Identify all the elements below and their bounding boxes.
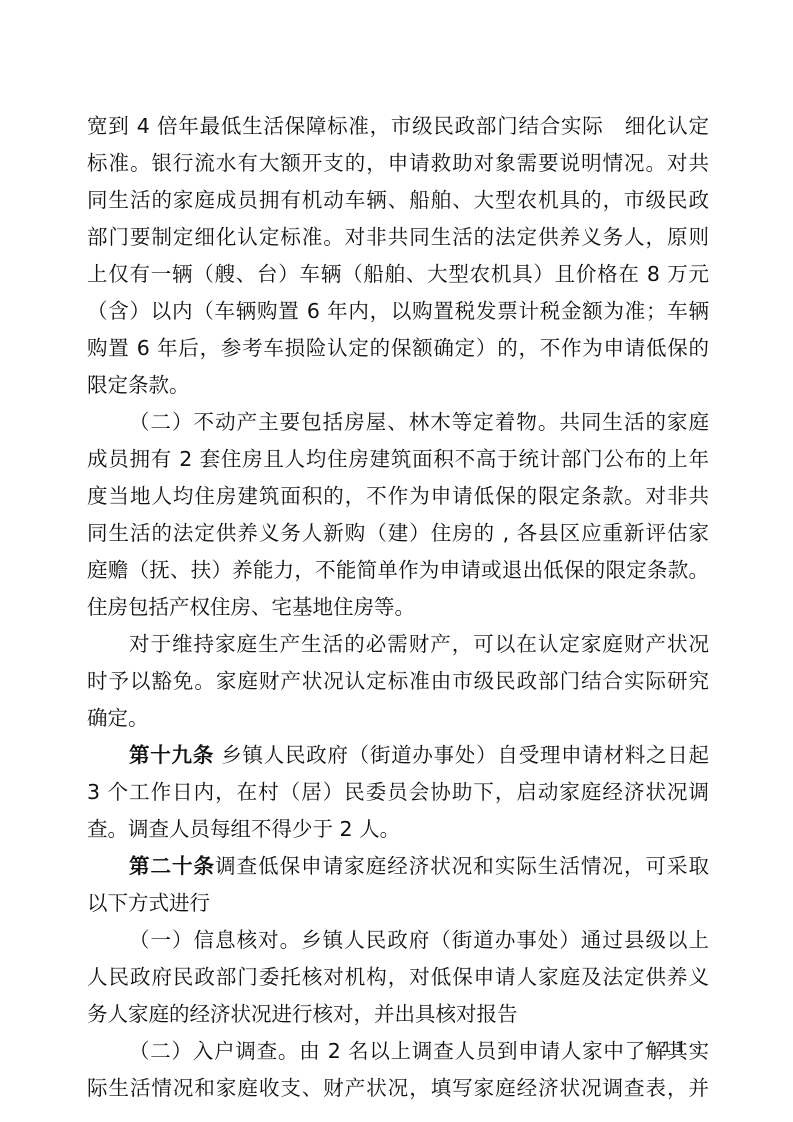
article-19-text: 乡镇人民政府（街道办事处）自受理申请材料之日起 (214, 743, 709, 767)
text-line: 住房包括产权住房、宅基地住房等。 (87, 589, 709, 626)
text-line: 庭赡（抚、扶）养能力，不能简单作为申请或退出低保的限定条款。 (87, 552, 709, 589)
text-line: 以下方式进行 (87, 885, 709, 922)
article-19: 第十九条 乡镇人民政府（街道办事处）自受理申请材料之日起 (87, 737, 709, 774)
text-line: 购置 6 年后，参考车损险认定的保额确定）的，不作为申请低保的 (87, 330, 709, 367)
text-line: 时予以豁免。家庭财产状况认定标准由市级民政部门结合实际研究 (87, 663, 709, 700)
article-20-heading: 第二十条 (129, 854, 215, 878)
text-line: 部门要制定细化认定标准。对非共同生活的法定供养义务人，原则 (87, 219, 709, 256)
text-line: 同生活的法定供养义务人新购（建）住房的 , 各县区应重新评估家 (87, 515, 709, 552)
text-line: 同生活的家庭成员拥有机动车辆、船舶、大型农机具的，市级民政 (87, 182, 709, 219)
document-page: 宽到 4 倍年最低生活保障标准，市级民政部门结合实际 细化认定 标准。银行流水有… (87, 108, 709, 1107)
text-line: 查。调查人员每组不得少于 2 人。 (87, 811, 709, 848)
page-number: - 11 - (645, 1040, 706, 1056)
text-line: 确定。 (87, 700, 709, 737)
paragraph-home-survey: （二）入户调查。由 2 名以上调查人员到申请人家中了解其实 (87, 1033, 709, 1070)
text-line: 宽到 4 倍年最低生活保障标准，市级民政部门结合实际 细化认定 (87, 108, 709, 145)
article-20: 第二十条调查低保申请家庭经济状况和实际生活情况，可采取 (87, 848, 709, 885)
text-line: 限定条款。 (87, 367, 709, 404)
text-line: 上仅有一辆（艘、台）车辆（船舶、大型农机具）且价格在 8 万元 (87, 256, 709, 293)
text-line: 务人家庭的经济状况进行核对，并出具核对报告 (87, 996, 709, 1033)
text-line: 标准。银行流水有大额开支的，申请救助对象需要说明情况。对共 (87, 145, 709, 182)
paragraph-exemption: 对于维持家庭生产生活的必需财产，可以在认定家庭财产状况 (87, 626, 709, 663)
text-line: 人民政府民政部门委托核对机构，对低保申请人家庭及法定供养义 (87, 959, 709, 996)
text-line: 际生活情况和家庭收支、财产状况，填写家庭经济状况调查表，并 (87, 1070, 709, 1107)
text-line: （含）以内（车辆购置 6 年内，以购置税发票计税金额为准；车辆 (87, 293, 709, 330)
text-line: 3 个工作日内，在村（居）民委员会协助下，启动家庭经济状况调 (87, 774, 709, 811)
paragraph-info-verification: （一）信息核对。乡镇人民政府（街道办事处）通过县级以上 (87, 922, 709, 959)
article-20-text: 调查低保申请家庭经济状况和实际生活情况，可采取 (215, 854, 709, 878)
text-line: 度当地人均住房建筑面积的，不作为申请低保的限定条款。对非共 (87, 478, 709, 515)
paragraph-real-estate: （二）不动产主要包括房屋、林木等定着物。共同生活的家庭 (87, 404, 709, 441)
article-19-heading: 第十九条 (129, 743, 214, 767)
text-line: 成员拥有 2 套住房且人均住房建筑面积不高于统计部门公布的上年 (87, 441, 709, 478)
